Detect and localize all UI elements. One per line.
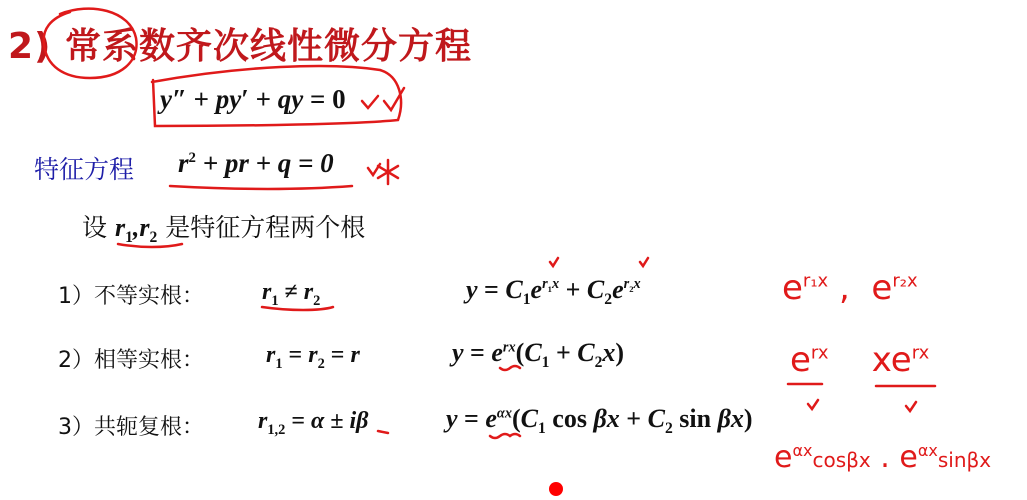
handwritten-note-case-1: er₁x , er₂x [782,268,918,308]
characteristic-equation: r2 + pr + q = 0 [178,148,334,179]
case-3-label: 3）共轭复根： [58,410,204,441]
slide-title: 2) 常系数齐次线性微分方程 [8,18,472,69]
handwritten-note-case-2: erx xerx [790,340,929,380]
check-icon [384,88,404,110]
check-icon [368,164,380,175]
case-1-label: 1）不等实根： [58,279,204,310]
star-icon [378,160,398,184]
case-1-condition: r1 ≠ r2 [262,279,320,310]
check-icon [550,258,558,266]
case-2-solution: y = erx(C1 + C2x) [452,338,624,372]
check-icon [808,400,818,409]
handwritten-note-case-3: eαxcosβx . eαxsinβx [774,440,991,475]
roots-sentence: 设 r1,r2 是特征方程两个根 [82,208,365,247]
case-2-condition: r1 = r2 = r [266,342,360,373]
check-icon [362,96,378,108]
check-icon [640,258,648,266]
characteristic-label: 特征方程 [34,150,134,186]
underline-annotation [170,186,352,189]
check-icon [906,402,916,411]
case-1-solution: y = C1er1x + C2er2x [466,275,641,309]
case-3-condition: r1,2 = α ± iβ [258,408,368,439]
case-2-label: 2）相等实根： [58,343,204,374]
underline-annotation [378,431,388,433]
laser-pointer-dot [549,482,563,496]
ode-equation: y″ + py′ + qy = 0 [160,84,346,115]
case-3-solution: y = eαx(C1 cos βx + C2 sin βx) [446,404,753,438]
